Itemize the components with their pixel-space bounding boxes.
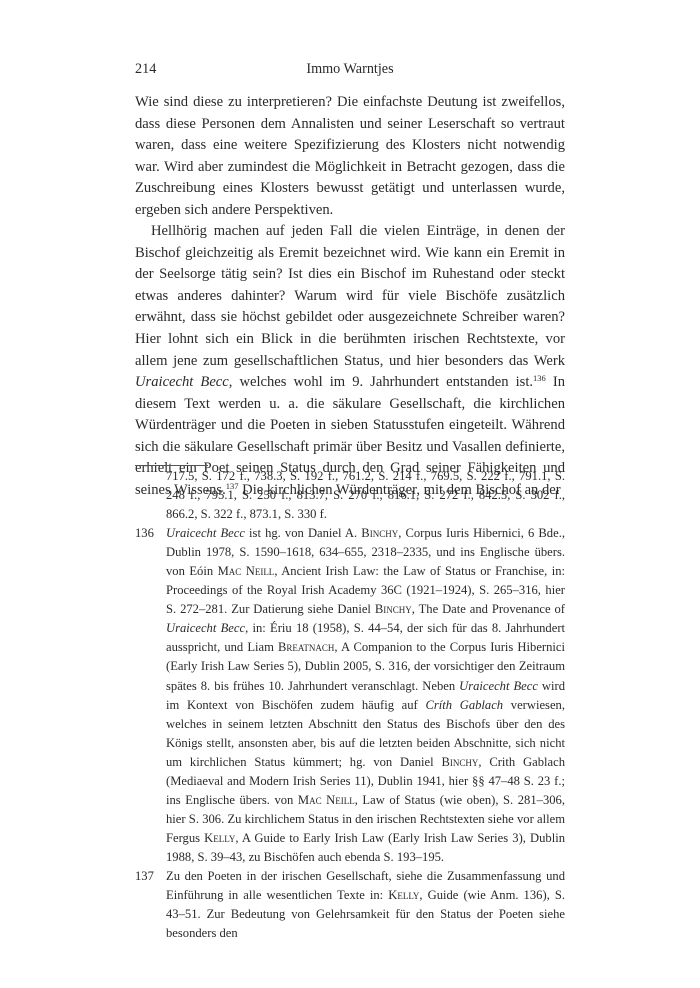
work-title: Uraicecht Becc (135, 374, 229, 390)
footnote-ref-136[interactable]: 136 (533, 373, 546, 383)
footnote-text: ist hg. von Daniel A. (245, 526, 361, 540)
paragraph-1: Wie sind diese zu interpretieren? Die ei… (135, 92, 565, 221)
author-name: Binchy (361, 526, 398, 540)
author-name: Binchy (375, 602, 412, 616)
author-name: Breatnach (278, 640, 334, 654)
footnote-136: 136Uraicecht Becc ist hg. von Daniel A. … (135, 524, 565, 867)
main-text: Wie sind diese zu interpretieren? Die ei… (135, 92, 565, 501)
footnote-text: , The Date and Provenance of (412, 602, 565, 616)
footnote-number: 137 (135, 867, 154, 886)
footnotes: 717.5, S. 172 f., 738.3, S. 192 f., 761.… (135, 467, 565, 943)
footnote-continued: 717.5, S. 172 f., 738.3, S. 192 f., 761.… (135, 467, 565, 524)
footnote-number: 136 (135, 524, 154, 543)
author-name: Mac Neill (218, 564, 275, 578)
work-title: Uraicecht Becc (166, 621, 245, 635)
author-name: Kelly (388, 888, 419, 902)
author-name: Binchy (441, 755, 478, 769)
footnote-137: 137Zu den Poeten in der irischen Gesells… (135, 867, 565, 943)
author-name: Kelly (204, 831, 235, 845)
footnote-text: 717.5, S. 172 f., 738.3, S. 192 f., 761.… (166, 469, 565, 521)
paragraph-2: Hellhörig machen auf jeden Fall die viel… (135, 221, 565, 501)
work-title: Críth Gablach (425, 698, 503, 712)
work-title: Uraicecht Becc (166, 526, 245, 540)
running-header: 214 Immo Warntjes (135, 61, 565, 81)
work-title: Uraicecht Becc (459, 679, 538, 693)
paragraph-2-text: , welches wohl im 9. Jahrhundert entstan… (229, 374, 533, 390)
running-head-author: Immo Warntjes (135, 61, 565, 78)
footnote-separator (135, 465, 208, 466)
paragraph-2-text: Hellhörig machen auf jeden Fall die viel… (135, 223, 565, 368)
author-name: Mac Neill (298, 793, 355, 807)
